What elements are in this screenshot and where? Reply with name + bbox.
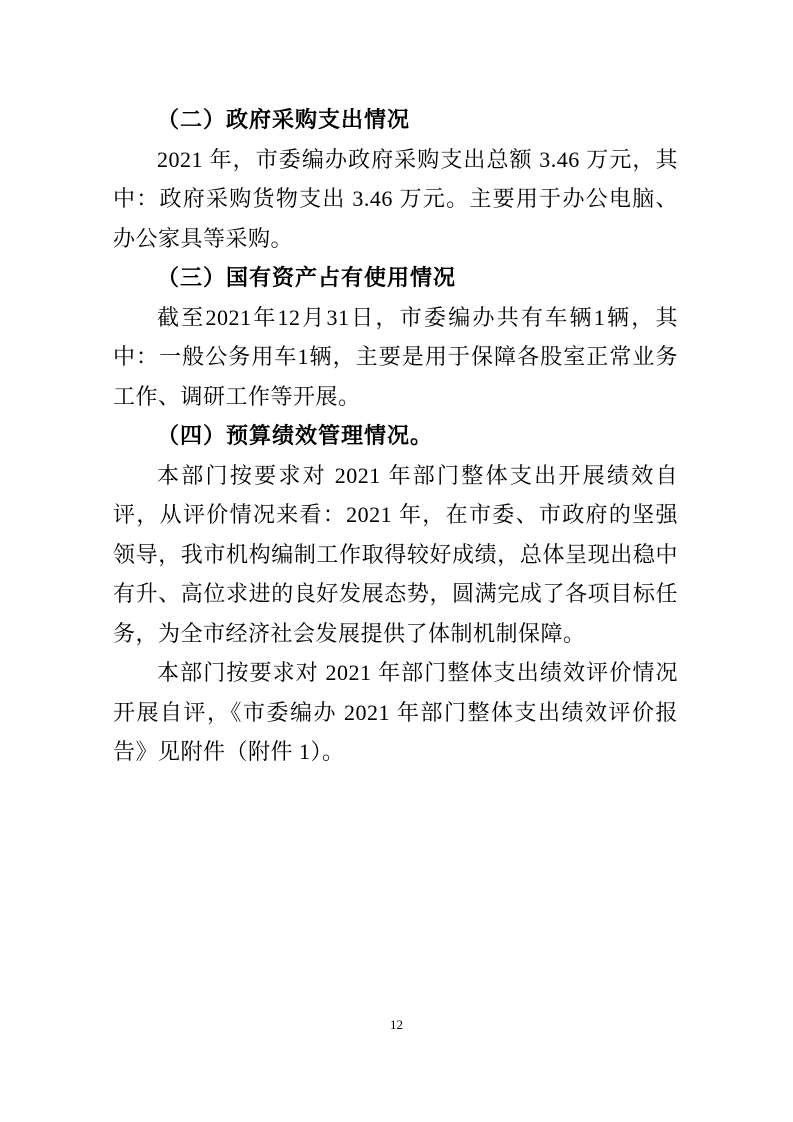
paragraph-government-procurement: 2021 年，市委编办政府采购支出总额 3.46 万元，其中：政府采购货物支出 … <box>113 140 678 259</box>
section-budget-performance: （四）预算绩效管理情况。 本部门按要求对 2021 年部门整体支出开展绩效自评，… <box>113 416 678 772</box>
section-heading-state-assets: （三）国有资产占有使用情况 <box>113 258 678 298</box>
section-heading-budget-performance: （四）预算绩效管理情况。 <box>113 416 678 456</box>
section-government-procurement: （二）政府采购支出情况 2021 年，市委编办政府采购支出总额 3.46 万元，… <box>113 100 678 258</box>
section-state-assets: （三）国有资产占有使用情况 截至2021年12月31日，市委编办共有车辆1辆，其… <box>113 258 678 416</box>
paragraph-state-assets: 截至2021年12月31日，市委编办共有车辆1辆，其中：一般公务用车1辆，主要是… <box>113 298 678 417</box>
document-page: （二）政府采购支出情况 2021 年，市委编办政府采购支出总额 3.46 万元，… <box>0 0 793 1122</box>
paragraph-budget-performance-self-evaluation: 本部门按要求对 2021 年部门整体支出开展绩效自评，从评价情况来看：2021 … <box>113 456 678 654</box>
paragraph-budget-performance-report-attachment: 本部门按要求对 2021 年部门整体支出绩效评价情况开展自评，《市委编办 202… <box>113 653 678 772</box>
page-number: 12 <box>0 1016 793 1034</box>
section-heading-government-procurement: （二）政府采购支出情况 <box>113 100 678 140</box>
document-content: （二）政府采购支出情况 2021 年，市委编办政府采购支出总额 3.46 万元，… <box>113 100 678 772</box>
